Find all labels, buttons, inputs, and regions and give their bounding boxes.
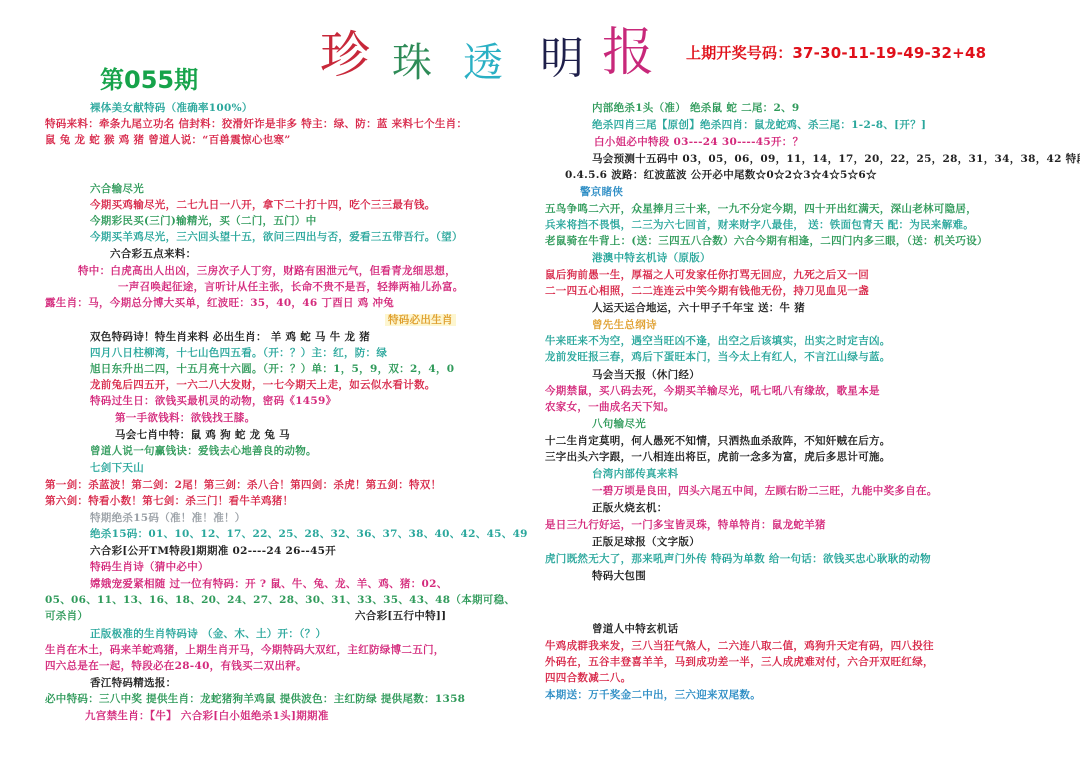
text-line-content: 绝杀15码：01、10、12、17、22、25、28、32、36、37、38、4… (90, 528, 528, 540)
text-line-content: 裸体美女献特码（准确率100%） (90, 102, 253, 114)
text-line-content: 六合输尽光 (90, 183, 144, 195)
text-line-content: 生肖在木土，码来羊蛇鸡猪，上期生肖开马，今期特码大双红，主红防绿博二五门， (45, 644, 445, 656)
text-line-content: 特中：白虎高出人出凶，三房次子人丁穷，财路有困泄元气，但看青龙细思想， (78, 265, 456, 277)
text-line: 牛来旺来不为空，遇空当旺凶不逢，出空之后该填实，出实之时定吉凶。 (545, 334, 891, 348)
text-line: 六合彩[五行中特]] (355, 609, 446, 623)
text-line: 一声召唤起征途，言听计从任主张，长命不贵不是吾，轻捧两袖儿孙富。 (118, 280, 464, 294)
text-line: 三字出头六字跟，一八相连出将臣，虎前一念多为富，虎后多思计可施。 (545, 450, 891, 464)
text-line: 二一四五心相照，二二连连云中笑今期有钱他无份，持刀见血见一盏 (545, 284, 869, 298)
text-line: 牛鸡成群我来发，三八当狂气煞人，二六连八取二值，鸡狗升天定有码，四八投往 (545, 639, 934, 653)
text-line-content: 马会七肖中特：鼠 鸡 狗 蛇 龙 兔 马 (115, 429, 290, 441)
text-line: 特码大包围 (592, 569, 646, 583)
previous-draw-label: 上期开奖号码： (686, 44, 792, 62)
text-line: 双色特码诗！特生肖来料 必出生肖： 羊 鸡 蛇 马 牛 龙 猪 (90, 330, 370, 344)
text-line: 鼠 兔 龙 蛇 猴 鸡 猪 曾道人说：“百兽震惊心也寒” (45, 133, 291, 147)
text-line-content: 今期彩民买(三门)输精光，买（二门，五门）中 (90, 215, 317, 227)
text-line: 正版火烧玄机： (592, 501, 668, 515)
text-line-content: 鼠 兔 龙 蛇 猴 鸡 猪 曾道人说：“百兽震惊心也寒” (45, 134, 291, 146)
text-line: 七剑下天山 (90, 461, 144, 475)
text-line: 旭日东升出二四，十五月亮十六圆。（开：？）单：1，5，9，双：2，4，0 (90, 362, 454, 376)
text-line: 今期买鸡输尽光，二七九日一八开，拿下二十打十四，吃个三三最有钱。 (90, 198, 436, 212)
text-line-content: 特期绝杀15码（准！准！准！） (90, 512, 246, 524)
text-line: 一碧万顷是良田，四头六尾五中间，左顾右盼二三旺，九能中奖多自在。 (592, 484, 938, 498)
text-line: 曾先生总纲诗 (592, 318, 657, 332)
text-line: 四六总是在一起，特段必在28-40，有钱买二双出秤。 (45, 659, 307, 673)
text-line-content: 一声召唤起征途，言听计从任主张，长命不贵不是吾，轻捧两袖儿孙富。 (118, 281, 464, 293)
text-line: 今期彩民买(三门)输精光，买（二门，五门）中 (90, 214, 317, 228)
text-line: 虎门既然无大了，那来吼声门外传 特码为单数 给一句话：欲钱买忠心耿耿的动物 (545, 552, 931, 566)
text-line: 香江特码精选报： (90, 676, 176, 690)
text-line: 曾道人说一句赢钱诀：爱钱去心地善良的动物。 (90, 444, 317, 458)
text-line-content: 十二生肖定莫明，何人愚死不知情，只洒热血杀敌阵，不知奸贼在后方。 (545, 435, 891, 447)
text-line-content: 0.4.5.6 波路：红波蓝波 公开必中尾数☆0☆2☆3☆4☆5☆6☆ (565, 169, 877, 181)
text-line-content: 八句输尽光 (592, 418, 646, 430)
text-line: 今期买羊鸡尽光，三六回头望十五，欲问三四出与否，爱看三五带吾行。（望） (90, 230, 463, 244)
text-line: 六合彩五点来料： (110, 247, 196, 261)
text-line: 绝杀四肖三尾【原创】绝杀四肖：鼠龙蛇鸡、杀三尾：1-2-8、[开？] (592, 118, 926, 132)
text-line: 农家女，一曲成名天下知。 (545, 400, 675, 414)
text-line-content: 特码来料：牵条九尾立功名 信封料：狡滑奸诈是非多 特主：绿、防：蓝 来料七个生肖… (45, 118, 467, 130)
text-line-content: 七剑下天山 (90, 462, 144, 474)
text-line: 曾道人中特玄机话 (592, 622, 678, 636)
text-line-content: 牛鸡成群我来发，三八当狂气煞人，二六连八取二值，鸡狗升天定有码，四八投往 (545, 640, 934, 652)
text-line: 嫦娥宠爱紧相随 过一位有特码：开 ? 鼠、牛、兔、龙、羊、鸡、猪：02、 (90, 577, 448, 591)
text-line: 老鼠骑在牛背上：(送：三四五八合数）六合今期有相逢，二四门内多三眼，（送：机关巧… (545, 234, 988, 248)
text-line: 六合彩[公开TM特段]期期准 02----24 26--45开 (90, 544, 336, 558)
text-line: 台湾内部传真来料 (592, 467, 678, 481)
text-line: 外码在，五谷丰登喜羊羊，马到成功差一半，三人成虎难对付，六合开双旺红绿， (545, 655, 934, 669)
text-line: 马会预测十五码中 03，05，06，09，11，14，17，20，22，25，2… (592, 152, 1080, 166)
text-line: 特码过生日：欲钱买最机灵的动物，密码《1459》 (90, 394, 336, 408)
text-line-content: 四月八日柱柳湾，十七山色四五看。（开：？）主：红，防：绿 (90, 347, 387, 359)
text-line-content: 曾先生总纲诗 (592, 319, 657, 331)
text-line: 人运天运合地运，六十甲子千年宝 送：牛 猪 (592, 301, 805, 315)
text-line: 正版极准的生肖特码诗 （金、木、土）开：（？） (90, 627, 326, 641)
title-char-4: 明 (540, 34, 584, 84)
text-line-content: 双色特码诗！特生肖来料 必出生肖： 羊 鸡 蛇 马 牛 龙 猪 (90, 331, 370, 343)
text-line: 第一手欲钱料：欲钱找王膝。 (115, 411, 255, 425)
text-line-content: 特码过生日：欲钱买最机灵的动物，密码《1459》 (90, 395, 336, 407)
text-line-content: 马会预测十五码中 03，05，06，09，11，14，17，20，22，25，2… (592, 153, 1080, 165)
text-line: 鼠后狗前愚一生，厚福之人可发家任你打骂无回应，九死之后又一回 (545, 268, 869, 282)
text-line-content: 曾道人中特玄机话 (592, 623, 678, 635)
text-line: 警京睹侠 (580, 185, 623, 199)
text-line: 特码来料：牵条九尾立功名 信封料：狡滑奸诈是非多 特主：绿、防：蓝 来料七个生肖… (45, 117, 467, 131)
text-line-content: 老鼠骑在牛背上：(送：三四五八合数）六合今期有相逢，二四门内多三眼，（送：机关巧… (545, 235, 988, 247)
text-line-content: 农家女，一曲成名天下知。 (545, 401, 675, 413)
text-line: 绝杀15码：01、10、12、17、22、25、28、32、36、37、38、4… (90, 527, 528, 541)
text-line-content: 是日三九行好运，一门多宝皆灵珠，特单特肖：鼠龙蛇羊猪 (545, 519, 826, 531)
title-char-2: 珠 (392, 38, 432, 88)
text-line-content: 香江特码精选报： (90, 677, 176, 689)
text-line-content: 警京睹侠 (580, 186, 623, 198)
text-line-content: 旭日东升出二四，十五月亮十六圆。（开：？）单：1，5，9，双：2，4，0 (90, 363, 454, 375)
text-line: 生肖在木土，码来羊蛇鸡猪，上期生肖开马，今期特码大双红，主红防绿博二五门， (45, 643, 445, 657)
text-line: 必中特码：三八中奖 提供生肖：龙蛇猪狗羊鸡鼠 提供波色：主红防绿 提供尾数：13… (45, 692, 465, 706)
text-line-content: 港澳中特玄机诗（原版） (592, 252, 711, 264)
text-line-content: 三字出头六字跟，一八相连出将臣，虎前一念多为富，虎后多思计可施。 (545, 451, 891, 463)
text-line-content: 兵来将挡不畏惧，二三为六七回首，财来财字八最佳， 送：铁面包青天 配：为民来解难… (545, 219, 974, 231)
text-line: 第一剑：杀蓝波！第二剑：2尾！第三剑：杀八合！第四剑：杀虎！第五剑：特双！ (45, 478, 441, 492)
text-line: 白小姐必中特段 03---24 30----45开：？ (594, 135, 803, 149)
text-line-content: 露生肖：马，今期总分博大买单，红波旺：35，40，46 丁酉日 鸡 冲兔 (45, 297, 394, 309)
text-line: 五鸟争鸣二六开，众星捧月三十来，一九不分定今期，四十开出红满天，深山老林可隐居， (545, 202, 977, 216)
text-line-content: 外码在，五谷丰登喜羊羊，马到成功差一半，三人成虎难对付，六合开双旺红绿， (545, 656, 934, 668)
text-line-content: 鼠后狗前愚一生，厚福之人可发家任你打骂无回应，九死之后又一回 (545, 269, 869, 281)
text-line-content: 马会当天报（休门经） (592, 369, 700, 381)
text-line-content: 六合彩五点来料： (110, 248, 196, 260)
text-line: 露生肖：马，今期总分博大买单，红波旺：35，40，46 丁酉日 鸡 冲兔 (45, 296, 394, 310)
text-line-content: 今期买羊鸡尽光，三六回头望十五，欲问三四出与否，爱看三五带吾行。（望） (90, 231, 463, 243)
text-line: 四四合数减二八。 (545, 671, 631, 685)
text-line-content: 九宫禁生肖：【牛】 六合彩[白小姐绝杀1头]期期准 (85, 710, 329, 722)
text-line-content: 第六剑：特看小数！第七剑：杀三门！看牛羊鸡猪！ (45, 495, 293, 507)
text-line-content: 今期买鸡输尽光，二七九日一八开，拿下二十打十四，吃个三三最有钱。 (90, 199, 436, 211)
text-line-content: 本期送：万千奖金二中出，三六迎来双尾数。 (545, 689, 761, 701)
title-char-5: 报 (602, 28, 654, 78)
text-line-content: 嫦娥宠爱紧相随 过一位有特码：开 ? 鼠、牛、兔、龙、羊、鸡、猪：02、 (90, 578, 448, 590)
text-line: 港澳中特玄机诗（原版） (592, 251, 711, 265)
text-line: 今期禁鼠，买八码去死，今期买羊输尽光，吼七吼八有缘故，歌星本是 (545, 384, 880, 398)
text-line: 六合输尽光 (90, 182, 144, 196)
text-line-content: 05、06、11、13、16、18、20、24、27、28、30、31、33、3… (45, 594, 515, 606)
text-line: 马会当天报（休门经） (592, 368, 700, 382)
text-line-content: 六合彩[五行中特]] (355, 610, 446, 622)
text-line: 是日三九行好运，一门多宝皆灵珠，特单特肖：鼠龙蛇羊猪 (545, 518, 826, 532)
text-line: 龙前发旺报三春，鸡后下蛋旺本门，当今太上有红人，不言江山绿与蓝。 (545, 350, 891, 364)
text-line-content: 一碧万顷是良田，四头六尾五中间，左顾右盼二三旺，九能中奖多自在。 (592, 485, 938, 497)
text-line-content: 第一剑：杀蓝波！第二剑：2尾！第三剑：杀八合！第四剑：杀虎！第五剑：特双！ (45, 479, 441, 491)
text-line-content: 白小姐必中特段 03---24 30----45开：？ (594, 136, 803, 148)
text-line: 本期送：万千奖金二中出，三六迎来双尾数。 (545, 688, 761, 702)
text-line: 马会七肖中特：鼠 鸡 狗 蛇 龙 兔 马 (115, 428, 290, 442)
text-line-content: 可杀肖） (45, 610, 88, 622)
text-line-content: 二一四五心相照，二二连连云中笑今期有钱他无份，持刀见血见一盏 (545, 285, 869, 297)
text-line: 九宫禁生肖：【牛】 六合彩[白小姐绝杀1头]期期准 (85, 709, 329, 723)
text-line-content: 龙前发旺报三春，鸡后下蛋旺本门，当今太上有红人，不言江山绿与蓝。 (545, 351, 891, 363)
text-line: 四月八日柱柳湾，十七山色四五看。（开：？）主：红，防：绿 (90, 346, 387, 360)
issue-number: 第055期 (100, 60, 198, 95)
text-line-content: 必中特码：三八中奖 提供生肖：龙蛇猪狗羊鸡鼠 提供波色：主红防绿 提供尾数：13… (45, 693, 465, 705)
text-line-content: 曾道人说一句赢钱诀：爱钱去心地善良的动物。 (90, 445, 317, 457)
text-line-content: 六合彩[公开TM特段]期期准 02----24 26--45开 (90, 545, 336, 557)
text-line-content: 台湾内部传真来料 (592, 468, 678, 480)
text-line: 特码生肖诗（猜中必中） (90, 560, 209, 574)
previous-draw: 上期开奖号码：37-30-11-19-49-32+48 (686, 42, 986, 63)
text-line: 特中：白虎高出人出凶，三房次子人丁穷，财路有困泄元气，但看青龙细思想， (78, 264, 456, 278)
text-line: 05、06、11、13、16、18、20、24、27、28、30、31、33、3… (45, 593, 515, 607)
text-line-content: 特码生肖诗（猜中必中） (90, 561, 209, 573)
text-line: 特码必出生肖 (385, 313, 456, 327)
text-line-content: 牛来旺来不为空，遇空当旺凶不逢，出空之后该填实，出实之时定吉凶。 (545, 335, 891, 347)
text-line: 正版足球报（文字版） (592, 535, 700, 549)
text-line: 兵来将挡不畏惧，二三为六七回首，财来财字八最佳， 送：铁面包青天 配：为民来解难… (545, 218, 974, 232)
previous-draw-numbers: 37-30-11-19-49-32+48 (792, 44, 986, 62)
text-line-content: 四四合数减二八。 (545, 672, 631, 684)
text-line: 可杀肖） (45, 609, 88, 623)
text-line-content: 正版火烧玄机： (592, 502, 668, 514)
text-line-content: 人运天运合地运，六十甲子千年宝 送：牛 猪 (592, 302, 805, 314)
text-line: 十二生肖定莫明，何人愚死不知情，只洒热血杀敌阵，不知奸贼在后方。 (545, 434, 891, 448)
text-line: 龙前兔后四五开，一六二八大发财，一七今期天上走，如云似水看计数。 (90, 378, 436, 392)
text-line-content: 绝杀四肖三尾【原创】绝杀四肖：鼠龙蛇鸡、杀三尾：1-2-8、[开？] (592, 119, 926, 131)
text-line: 八句输尽光 (592, 417, 646, 431)
text-line: 裸体美女献特码（准确率100%） (90, 101, 253, 115)
text-line-content: 龙前兔后四五开，一六二八大发财，一七今期天上走，如云似水看计数。 (90, 379, 436, 391)
text-line-content: 正版极准的生肖特码诗 （金、木、土）开：（？） (90, 628, 326, 640)
text-line-content: 内部绝杀1头（准） 绝杀鼠 蛇 二尾：2、9 (592, 102, 799, 114)
text-line: 第六剑：特看小数！第七剑：杀三门！看牛羊鸡猪！ (45, 494, 293, 508)
text-line-content: 正版足球报（文字版） (592, 536, 700, 548)
text-line: 0.4.5.6 波路：红波蓝波 公开必中尾数☆0☆2☆3☆4☆5☆6☆ (565, 168, 877, 182)
text-line-content: 特码必出生肖 (385, 314, 456, 326)
text-line-content: 特码大包围 (592, 570, 646, 582)
text-line-content: 第一手欲钱料：欲钱找王膝。 (115, 412, 255, 424)
text-line-content: 四六总是在一起，特段必在28-40，有钱买二双出秤。 (45, 660, 307, 672)
title-char-1: 珍 (320, 30, 370, 80)
text-line: 特期绝杀15码（准！准！准！） (90, 511, 246, 525)
text-line: 内部绝杀1头（准） 绝杀鼠 蛇 二尾：2、9 (592, 101, 799, 115)
text-line-content: 五鸟争鸣二六开，众星捧月三十来，一九不分定今期，四十开出红满天，深山老林可隐居， (545, 203, 977, 215)
title-char-3: 透 (463, 38, 503, 88)
text-line-content: 虎门既然无大了，那来吼声门外传 特码为单数 给一句话：欲钱买忠心耿耿的动物 (545, 553, 931, 565)
text-line-content: 今期禁鼠，买八码去死，今期买羊输尽光，吼七吼八有缘故，歌星本是 (545, 385, 880, 397)
